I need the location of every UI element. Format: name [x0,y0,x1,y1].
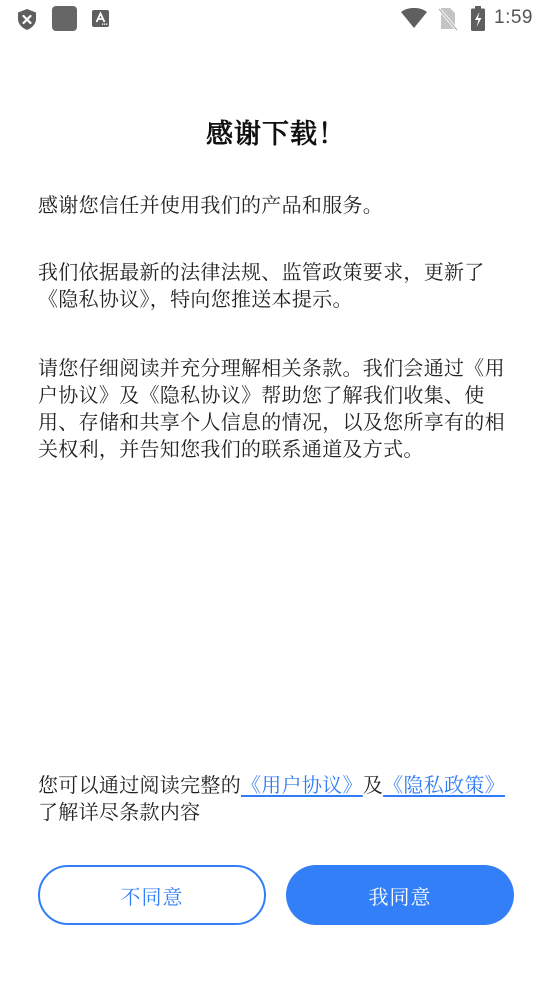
shield-x-icon [18,9,36,30]
notice-prefix: 您可以通过阅读完整的 [38,773,241,797]
notice-suffix: 了解详尽条款内容 [38,800,200,824]
app-square-icon [52,6,77,31]
no-sim-icon [438,7,458,31]
agreement-notice: 您可以通过阅读完整的《用户协议》及《隐私政策》了解详尽条款内容 [38,772,518,826]
user-agreement-link[interactable]: 《用户协议》 [241,773,363,797]
wifi-icon [401,8,427,28]
status-time: 1:59 [494,7,533,29]
agree-button[interactable]: 我同意 [286,865,514,925]
paragraph-terms-detail: 请您仔细阅读并充分理解相关条款。我们会通过《用户协议》及《隐私协议》帮助您了解我… [38,355,518,463]
text-a-icon [92,10,109,27]
paragraph-thanks: 感谢您信任并使用我们的产品和服务。 [38,192,518,219]
disagree-button[interactable]: 不同意 [38,865,266,925]
paragraph-update-notice: 我们依据最新的法律法规、监管政策要求，更新了《隐私协议》，特向您推送本提示。 [38,259,518,313]
disagree-button-label: 不同意 [121,881,184,910]
status-bar: 1:59 [0,0,552,40]
dialog-title: 感谢下载！ [0,112,552,151]
battery-charging-icon [471,6,485,31]
notice-middle: 及 [363,773,383,797]
agree-button-label: 我同意 [369,881,432,910]
privacy-policy-link[interactable]: 《隐私政策》 [383,773,505,797]
